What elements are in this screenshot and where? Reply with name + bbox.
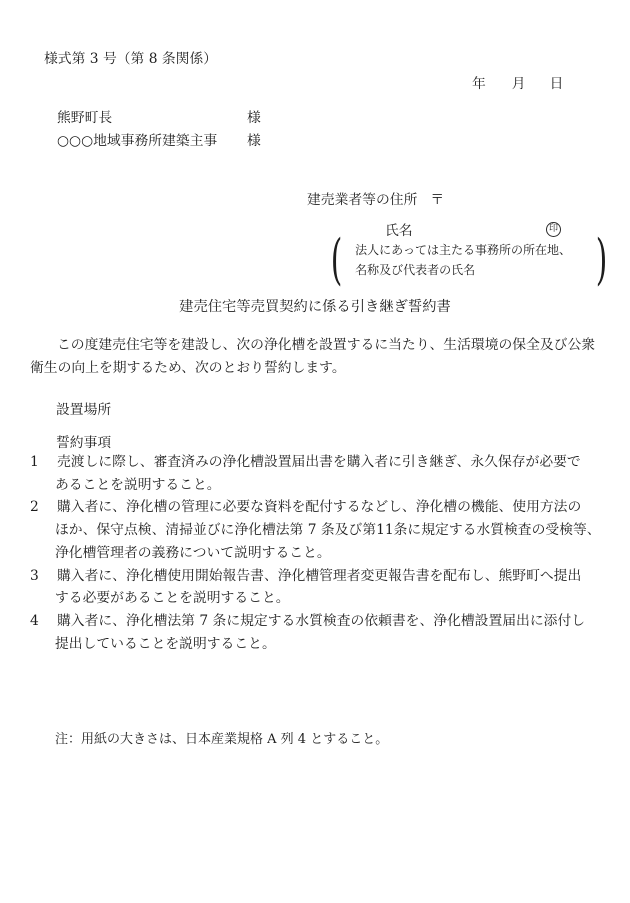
addressee-honorific: 様: [247, 110, 261, 126]
pledge-item-line: あることを説明すること。: [30, 474, 601, 497]
seal-icon: 印: [546, 222, 561, 237]
corporate-note: ( 法人にあっては主たる事務所の所在地、 名称及び代表者の氏名 ): [326, 237, 612, 283]
installation-location-label: 設置場所: [56, 398, 111, 418]
intro-line: この度建売住宅等を建設し、次の浄化槽を設置するに当たり、生活環境の保全及び公衆: [30, 334, 595, 357]
intro-line: 衛生の向上を期するため、次のとおり誓約します。: [30, 357, 595, 380]
pledge-item: 1売渡しに際し、審査済みの浄化槽設置届出書を購入者に引き継ぎ、永久保存が必要で …: [30, 451, 601, 496]
pledge-item-text: 購入者に、浄化槽法第 7 条に規定する水質検査の依頼書を、浄化槽設置届出に添付し: [57, 613, 585, 629]
addressee-name: 熊野町長: [57, 107, 247, 130]
declarant-address-label: 建売業者等の住所: [307, 192, 417, 208]
addressee-line: ○○○地域事務所建築主事様: [57, 130, 261, 153]
pledge-item-line: 浄化槽管理者の義務について説明すること。: [30, 542, 601, 565]
addressee-block: 熊野町長様 ○○○地域事務所建築主事様: [57, 107, 261, 153]
form-number: 様式第 3 号（第 8 条関係）: [44, 47, 217, 67]
pledge-heading: 誓約事項: [56, 431, 111, 451]
pledge-item-text: 購入者に、浄化槽の管理に必要な資料を配付するなどし、浄化槽の機能、使用方法の: [57, 499, 581, 515]
corporate-note-lines: 法人にあっては主たる事務所の所在地、 名称及び代表者の氏名: [347, 240, 591, 280]
declarant-address-line: 建売業者等の住所〒: [307, 188, 444, 208]
date-month-label: 月: [512, 76, 526, 92]
pledge-item-number: 1: [30, 451, 57, 474]
addressee-honorific: 様: [247, 133, 261, 149]
paper-size-footnote: 注：用紙の大きさは、日本産業規格 A 列 4 とすること。: [55, 728, 388, 747]
pledge-item: 2購入者に、浄化槽の管理に必要な資料を配付するなどし、浄化槽の機能、使用方法の …: [30, 496, 601, 564]
pledge-item: 4購入者に、浄化槽法第 7 条に規定する水質検査の依頼書を、浄化槽設置届出に添付…: [30, 610, 601, 655]
pledge-item-number: 3: [30, 565, 57, 588]
pledge-item-line: 提出していることを説明すること。: [30, 633, 601, 656]
date-year-label: 年: [472, 76, 486, 92]
pledge-item-line: 2購入者に、浄化槽の管理に必要な資料を配付するなどし、浄化槽の機能、使用方法の: [30, 496, 601, 519]
date-line: 年月日: [472, 72, 563, 92]
addressee-name: ○○○地域事務所建築主事: [57, 130, 247, 153]
pledge-item-line: ほか、保守点検、清掃並びに浄化槽法第 7 条及び第11条に規定する水質検査の受検…: [30, 519, 601, 542]
document-title: 建売住宅等売買契約に係る引き継ぎ誓約書: [0, 296, 630, 316]
postal-mark-icon: 〒: [430, 192, 444, 208]
pledge-item-number: 2: [30, 496, 57, 519]
bracket-close: ): [596, 237, 608, 283]
pledge-item-line: 3購入者に、浄化槽使用開始報告書、浄化槽管理者変更報告書を配布し、熊野町へ提出: [30, 565, 601, 588]
document-page: 様式第 3 号（第 8 条関係） 年月日 熊野町長様 ○○○地域事務所建築主事様…: [0, 0, 630, 903]
pledge-item-line: 4購入者に、浄化槽法第 7 条に規定する水質検査の依頼書を、浄化槽設置届出に添付…: [30, 610, 601, 633]
corporate-note-line: 法人にあっては主たる事務所の所在地、: [355, 240, 587, 260]
pledge-item: 3購入者に、浄化槽使用開始報告書、浄化槽管理者変更報告書を配布し、熊野町へ提出 …: [30, 565, 601, 610]
date-day-label: 日: [550, 76, 564, 92]
pledge-item-line: 1売渡しに際し、審査済みの浄化槽設置届出書を購入者に引き継ぎ、永久保存が必要で: [30, 451, 601, 474]
bracket-open: (: [331, 237, 343, 283]
declarant-name-line: 氏名 印: [385, 219, 561, 239]
pledge-item-text: 購入者に、浄化槽使用開始報告書、浄化槽管理者変更報告書を配布し、熊野町へ提出: [57, 568, 581, 584]
pledge-item-number: 4: [30, 610, 57, 633]
declarant-name-label: 氏名: [385, 219, 413, 239]
pledge-item-line: する必要があることを説明すること。: [30, 587, 601, 610]
intro-paragraph: この度建売住宅等を建設し、次の浄化槽を設置するに当たり、生活環境の保全及び公衆 …: [30, 334, 595, 379]
addressee-line: 熊野町長様: [57, 107, 261, 130]
pledge-list: 1売渡しに際し、審査済みの浄化槽設置届出書を購入者に引き継ぎ、永久保存が必要で …: [30, 451, 601, 655]
corporate-note-line: 名称及び代表者の氏名: [355, 260, 587, 280]
pledge-item-text: 売渡しに際し、審査済みの浄化槽設置届出書を購入者に引き継ぎ、永久保存が必要で: [57, 454, 581, 470]
